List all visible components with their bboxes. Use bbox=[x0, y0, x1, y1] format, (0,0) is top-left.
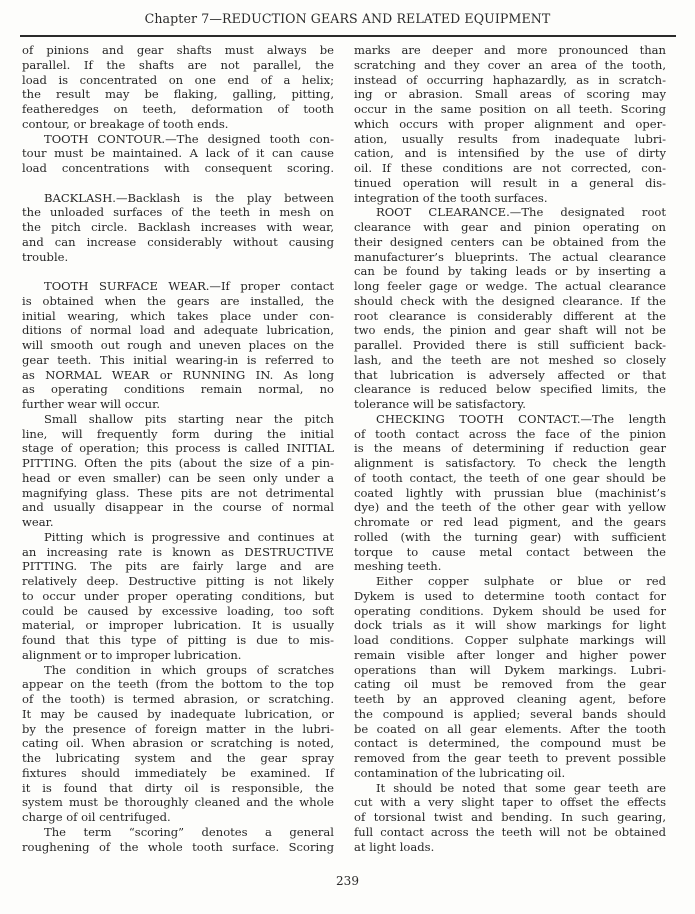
text-line: contour, or breakage of tooth ends. bbox=[22, 117, 334, 132]
text-line: cating oil. When abrasion or scratching … bbox=[22, 736, 334, 751]
text-line: wear. bbox=[22, 515, 334, 530]
text-line: dye) and the teeth of the other gear wit… bbox=[354, 500, 666, 515]
text-line: initial wearing, which takes place under… bbox=[22, 309, 334, 324]
text-line: two ends, the pinion and gear shaft will… bbox=[354, 323, 666, 338]
text-line: system must be thoroughly cleaned and th… bbox=[22, 795, 334, 810]
header-rule bbox=[20, 35, 676, 37]
text-line: removed from the gear teeth to prevent p… bbox=[354, 751, 666, 766]
text-line: of torsional twist and bending. In such … bbox=[354, 810, 666, 825]
text-line: of tooth contact, the teeth of one gear … bbox=[354, 471, 666, 486]
text-line: could be caused by excessive loading, to… bbox=[22, 604, 334, 619]
text-line: it is found that dirty oil is responsibl… bbox=[22, 781, 334, 796]
text-line: the lubricating system and the gear spra… bbox=[22, 751, 334, 766]
running-header: Chapter 7—REDUCTION GEARS AND RELATED EQ… bbox=[0, 11, 695, 26]
text-line: load conditions. Copper sulphate marking… bbox=[354, 633, 666, 648]
text-line: tolerance will be satisfactory. bbox=[354, 397, 666, 412]
text-line: featheredges on teeth, deformation of to… bbox=[22, 102, 334, 117]
text-line: parallel. If the shafts are not parallel… bbox=[22, 58, 334, 73]
text-line: rolled (with the turning gear) with suff… bbox=[354, 530, 666, 545]
text-line: BACKLASH.—Backlash is the play between bbox=[22, 191, 334, 206]
text-line: that lubrication is adversely affected o… bbox=[354, 368, 666, 383]
text-line: contact is determined, the compound must… bbox=[354, 736, 666, 751]
text-line: of tooth contact across the face of the … bbox=[354, 427, 666, 442]
text-line: TOOTH SURFACE WEAR.—If proper contact bbox=[22, 279, 334, 294]
text-line: load concentrations with consequent scor… bbox=[22, 161, 334, 176]
text-line: and can increase considerably without ca… bbox=[22, 235, 334, 250]
text-line: coated lightly with prussian blue (machi… bbox=[354, 486, 666, 501]
text-line: oil. If these conditions are not correct… bbox=[354, 161, 666, 176]
text-line: integration of the tooth surfaces. bbox=[354, 191, 666, 206]
text-line: roughening of the whole tooth surface. S… bbox=[22, 840, 334, 855]
text-line: Dykem is used to determine tooth contact… bbox=[354, 589, 666, 604]
page-number: 239 bbox=[0, 874, 695, 888]
text-line: cating oil must be removed from the gear bbox=[354, 677, 666, 692]
text-line: cation, and is intensified by the use of… bbox=[354, 146, 666, 161]
text-line: torque to cause metal contact between th… bbox=[354, 545, 666, 560]
right-column: marks are deeper and more pronounced tha… bbox=[354, 43, 666, 854]
text-line: operating conditions. Dykem should be us… bbox=[354, 604, 666, 619]
text-line: of the tooth) is termed abrasion, or scr… bbox=[22, 692, 334, 707]
text-line: material, or improper lubrication. It is… bbox=[22, 618, 334, 633]
text-line: appear on the teeth (from the bottom to … bbox=[22, 677, 334, 692]
text-line: parallel. Provided there is still suffic… bbox=[354, 338, 666, 353]
text-line: as operating conditions remain normal, n… bbox=[22, 382, 334, 397]
text-line: contamination of the lubricating oil. bbox=[354, 766, 666, 781]
text-line: charge of oil centrifuged. bbox=[22, 810, 334, 825]
text-line: the result may be flaking, galling, pitt… bbox=[22, 87, 334, 102]
text-line: alignment or to improper lubrication. bbox=[22, 648, 334, 663]
text-line: tinued operation will result in a genera… bbox=[354, 176, 666, 191]
text-line: remain visible after longer and higher p… bbox=[354, 648, 666, 663]
text-line: dock trials as it will show markings for… bbox=[354, 618, 666, 633]
text-line: can be found by taking leads or by inser… bbox=[354, 264, 666, 279]
text-line: full contact across the teeth will not b… bbox=[354, 825, 666, 840]
text-line: is obtained when the gears are installed… bbox=[22, 294, 334, 309]
text-line: should check with the designed clearance… bbox=[354, 294, 666, 309]
text-line: ROOT CLEARANCE.—The designated root bbox=[354, 205, 666, 220]
text-line: found that this type of pitting is due t… bbox=[22, 633, 334, 648]
text-line: head or even smaller) can be seen only u… bbox=[22, 471, 334, 486]
text-line: alignment is satisfactory. To check the … bbox=[354, 456, 666, 471]
text-line: will smooth out rough and uneven places … bbox=[22, 338, 334, 353]
text-line: tour must be maintained. A lack of it ca… bbox=[22, 146, 334, 161]
text-line: further wear will occur. bbox=[22, 397, 334, 412]
text-line: ditions of normal load and adequate lubr… bbox=[22, 323, 334, 338]
text-line: by the presence of foreign matter in the… bbox=[22, 722, 334, 737]
text-line: gear teeth. This initial wearing-in is r… bbox=[22, 353, 334, 368]
text-line: chromate or red lead pigment, and the ge… bbox=[354, 515, 666, 530]
text-line: The term “scoring” denotes a general bbox=[22, 825, 334, 840]
text-line: is the means of determining if reduction… bbox=[354, 441, 666, 456]
text-line: long feeler gage or wedge. The actual cl… bbox=[354, 279, 666, 294]
text-line: stage of operation; this process is call… bbox=[22, 441, 334, 456]
text-line: PITTING. The pits are fairly large and a… bbox=[22, 559, 334, 574]
text-line: the pitch circle. Backlash increases wit… bbox=[22, 220, 334, 235]
text-line: their designed centers can be obtained f… bbox=[354, 235, 666, 250]
text-line: trouble. bbox=[22, 250, 334, 265]
text-line: as NORMAL WEAR or RUNNING IN. As long bbox=[22, 368, 334, 383]
text-line: The condition in which groups of scratch… bbox=[22, 663, 334, 678]
text-line: the unloaded surfaces of the teeth in me… bbox=[22, 205, 334, 220]
text-line: manufacturer’s blueprints. The actual cl… bbox=[354, 250, 666, 265]
text-line: magnifying glass. These pits are not det… bbox=[22, 486, 334, 501]
text-line: Either copper sulphate or blue or red bbox=[354, 574, 666, 589]
text-line: the compound is applied; several bands s… bbox=[354, 707, 666, 722]
text-line: PITTING. Often the pits (about the size … bbox=[22, 456, 334, 471]
text-line: instead of occurring haphazardly, as in … bbox=[354, 73, 666, 88]
text-line: TOOTH CONTOUR.—The designed tooth con- bbox=[22, 132, 334, 147]
text-line: marks are deeper and more pronounced tha… bbox=[354, 43, 666, 58]
text-line: load is concentrated on one end of a hel… bbox=[22, 73, 334, 88]
text-line: and usually disappear in the course of n… bbox=[22, 500, 334, 515]
text-line: at light loads. bbox=[354, 840, 666, 855]
text-line: Small shallow pits starting near the pit… bbox=[22, 412, 334, 427]
text-line: scratching and they cover an area of the… bbox=[354, 58, 666, 73]
text-line: ing or abrasion. Small areas of scoring … bbox=[354, 87, 666, 102]
text-line: clearance is reduced below specified lim… bbox=[354, 382, 666, 397]
text-line: teeth by an approved cleaning agent, bef… bbox=[354, 692, 666, 707]
text-line: Pitting which is progressive and continu… bbox=[22, 530, 334, 545]
text-line: be coated on all gear elements. After th… bbox=[354, 722, 666, 737]
text-line: root clearance is considerably different… bbox=[354, 309, 666, 324]
text-line: It should be noted that some gear teeth … bbox=[354, 781, 666, 796]
text-line: ation, usually results from inadequate l… bbox=[354, 132, 666, 147]
text-line: an increasing rate is known as DESTRUCTI… bbox=[22, 545, 334, 560]
text-line: CHECKING TOOTH CONTACT.—The length bbox=[354, 412, 666, 427]
text-line: relatively deep. Destructive pitting is … bbox=[22, 574, 334, 589]
text-line: operations than will Dykem markings. Lub… bbox=[354, 663, 666, 678]
text-line: occur in the same position on all teeth.… bbox=[354, 102, 666, 117]
text-line: meshing teeth. bbox=[354, 559, 666, 574]
left-column: of pinions and gear shafts must always b… bbox=[22, 43, 334, 854]
text-line: It may be caused by inadequate lubricati… bbox=[22, 707, 334, 722]
text-line: of pinions and gear shafts must always b… bbox=[22, 43, 334, 58]
text-line: lash, and the teeth are not meshed so cl… bbox=[354, 353, 666, 368]
text-line: to occur under proper operating conditio… bbox=[22, 589, 334, 604]
text-line: line, will frequently form during the in… bbox=[22, 427, 334, 442]
text-line: which occurs with proper alignment and o… bbox=[354, 117, 666, 132]
text-line: cut with a very slight taper to offset t… bbox=[354, 795, 666, 810]
text-line: fixtures should immediately be examined.… bbox=[22, 766, 334, 781]
text-line: clearance with gear and pinion operating… bbox=[354, 220, 666, 235]
